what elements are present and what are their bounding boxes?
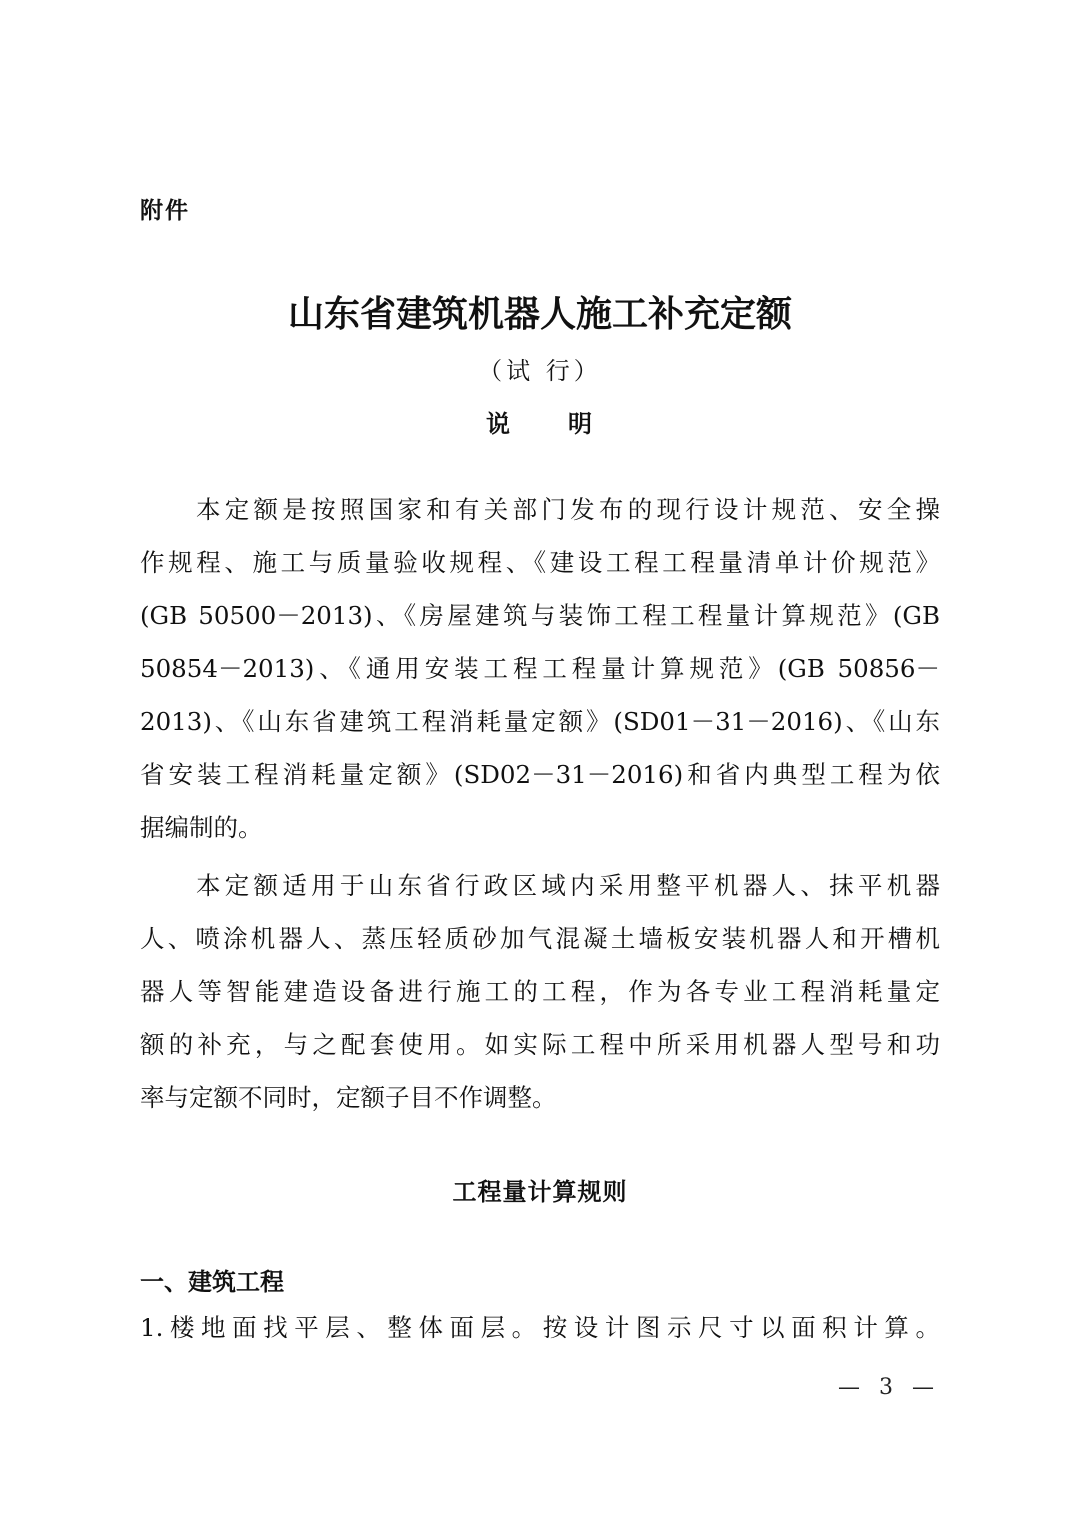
paragraph-line: 率与定额不同时，定额子目不作调整。 (140, 1083, 940, 1113)
paragraph-line: 作规程、施工与质量验收规程、《建设工程工程量清单计价规范》 (140, 548, 940, 578)
paragraph-line: 人、喷涂机器人、蒸压轻质砂加气混凝土墙板安装机器人和开槽机 (140, 924, 940, 954)
document-page: 附件 山东省建筑机器人施工补充定额 （试 行） 说明 本定额是按照国家和有关部门… (0, 0, 1080, 1527)
explain-heading-left: 说 (486, 410, 512, 438)
paragraph-line: 本定额适用于山东省行政区域内采用整平机器人、抹平机器 (196, 871, 940, 901)
paragraph-line: 器人等智能建造设备进行施工的工程，作为各专业工程消耗量定 (140, 977, 940, 1007)
section-heading-construction: 一、建筑工程 (140, 1262, 284, 1297)
attachment-label: 附件 (140, 192, 190, 225)
rule-item-1: 1.楼地面找平层、整体面层。按设计图示尺寸以面积计算。 (140, 1313, 940, 1343)
document-title: 山东省建筑机器人施工补充定额 (0, 286, 1080, 337)
paragraph-line: 省安装工程消耗量定额》(SD02－31－2016)和省内典型工程为依 (140, 760, 940, 790)
explain-heading-right: 明 (568, 410, 594, 438)
paragraph-line: 据编制的。 (140, 813, 940, 843)
rules-heading: 工程量计算规则 (0, 1172, 1080, 1207)
paragraph-line: 本定额是按照国家和有关部门发布的现行设计规范、安全操 (196, 495, 940, 525)
paragraph-line: 2013)、《山东省建筑工程消耗量定额》(SD01－31－2016)、《山东 (140, 707, 940, 737)
explain-heading: 说明 (0, 404, 1080, 439)
page-number: — 3 — (800, 1375, 940, 1400)
paragraph-line: 50854－2013)、《通用安装工程工程量计算规范》(GB 50856－ (140, 654, 940, 684)
document-subtitle: （试 行） (0, 351, 1080, 386)
paragraph-line: 额的补充，与之配套使用。如实际工程中所采用机器人型号和功 (140, 1030, 940, 1060)
paragraph-line: (GB 50500－2013)、《房屋建筑与装饰工程工程量计算规范》(GB (140, 601, 940, 631)
